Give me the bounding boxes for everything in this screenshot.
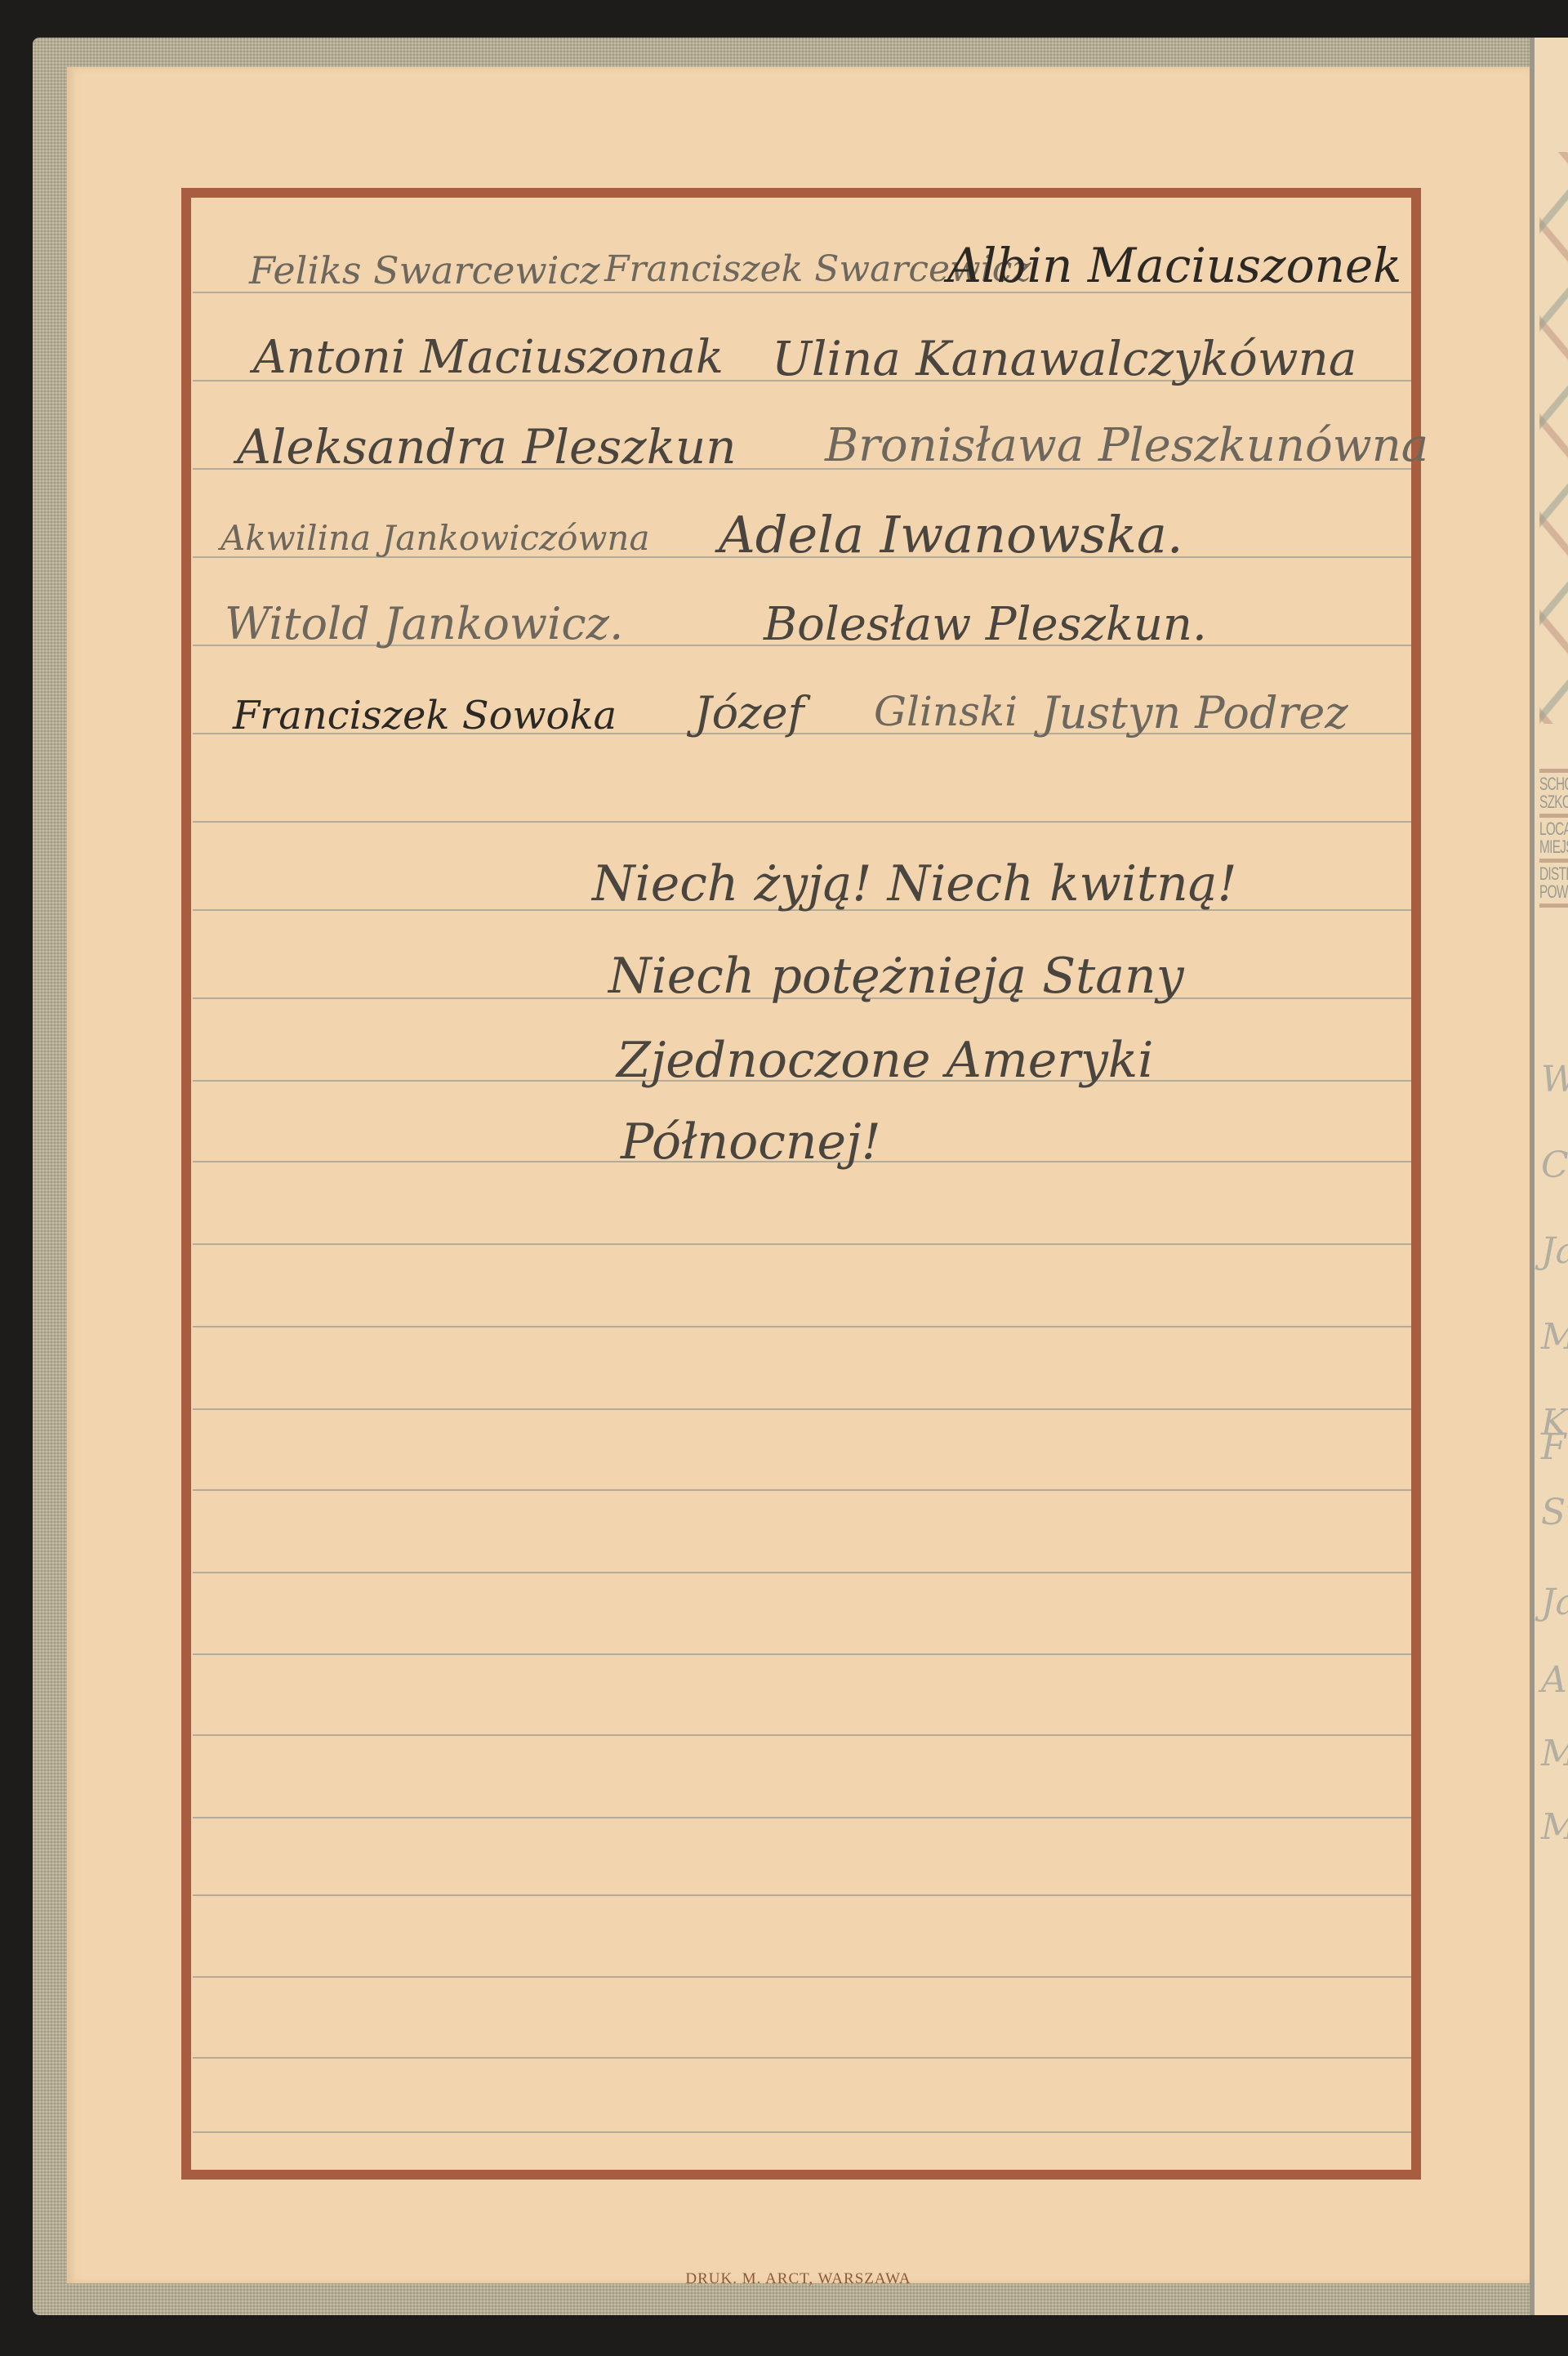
dedication-line: Niech żyją! Niech kwitną! <box>592 859 1237 908</box>
ruled-line <box>193 1894 1411 1896</box>
ruled-line <box>193 1243 1411 1245</box>
next-page-label-school: SCHOOL <box>1539 775 1568 793</box>
ruled-line <box>193 1489 1411 1491</box>
ruled-line <box>193 2131 1411 2133</box>
next-page-handwriting: Miko <box>1541 1733 1568 1774</box>
ruled-line <box>193 1326 1411 1327</box>
next-page-ornament <box>1539 152 1568 724</box>
ruled-line <box>193 1734 1411 1736</box>
signature: Aleksandra Pleszkun <box>237 423 737 471</box>
next-page-handwriting: Jan <box>1541 1230 1568 1272</box>
next-page-handwriting: Mic <box>1541 1806 1568 1848</box>
next-page-handwriting: Stefa <box>1541 1492 1568 1533</box>
dedication-line: Zjednoczone Ameryki <box>617 1036 1153 1085</box>
signature: Justyn Podrez <box>1041 691 1348 735</box>
signature: Franciszek Sowoka <box>233 696 617 735</box>
signature: Akwilina Jankowiczówna <box>220 521 650 556</box>
next-page-label-szkola: SZKOŁA <box>1539 793 1568 811</box>
next-page-divider <box>1539 814 1568 818</box>
ruled-line <box>193 1572 1411 1573</box>
next-page-handwriting: Chac <box>1541 1145 1568 1186</box>
next-page-handwriting: Jan <box>1541 1582 1568 1623</box>
signature: Witold Jankowicz. <box>225 602 623 646</box>
next-page-divider <box>1539 769 1568 773</box>
next-page-label-powiat: POWIAT <box>1539 883 1568 901</box>
dedication-line: Północnej! <box>621 1118 881 1167</box>
signature: Albin Maciuszonek <box>947 242 1401 289</box>
next-page-divider <box>1539 904 1568 908</box>
signature: Józef <box>694 691 804 735</box>
next-page-label-miejsce: MIEJSCO <box>1539 838 1568 856</box>
ruled-line <box>193 1976 1411 1978</box>
signature: Glinski <box>874 691 1018 732</box>
next-page-handwriting: Frakl <box>1541 1426 1568 1468</box>
next-page-handwriting: Was <box>1541 1059 1568 1100</box>
signature: Bolesław Pleszkun. <box>764 602 1207 648</box>
signature: Ulina Kanawalczykówna <box>772 335 1356 382</box>
signature: Antoni Maciuszonak <box>253 335 724 381</box>
next-page-label-district: DISTRICT <box>1539 865 1568 883</box>
printer-imprint: DRUK. M. ARCT, WARSZAWA <box>67 2270 1530 2288</box>
signature: Feliks Swarcewicz <box>249 252 600 289</box>
next-page-handwriting: Myc <box>1541 1316 1568 1358</box>
next-page-divider <box>1539 859 1568 863</box>
ruled-line <box>193 1653 1411 1655</box>
next-page-edge: SCHOOL SZKOŁA LOCALITY MIEJSCO DISTRICT … <box>1530 38 1568 2315</box>
next-page-label-locality: LOCALITY <box>1539 820 1568 838</box>
ruled-line <box>193 821 1411 823</box>
ruled-line <box>193 1817 1411 1818</box>
ruled-line <box>193 1408 1411 1410</box>
dedication-line: Niech potężnieją Stany <box>608 952 1184 1001</box>
signature: Adela Iwanowska. <box>719 510 1183 560</box>
next-page-handwriting: Ant <box>1541 1659 1568 1701</box>
decorative-border <box>181 188 1421 2180</box>
signature: Bronisława Pleszkunówna <box>825 423 1428 469</box>
ruled-line <box>193 2057 1411 2059</box>
